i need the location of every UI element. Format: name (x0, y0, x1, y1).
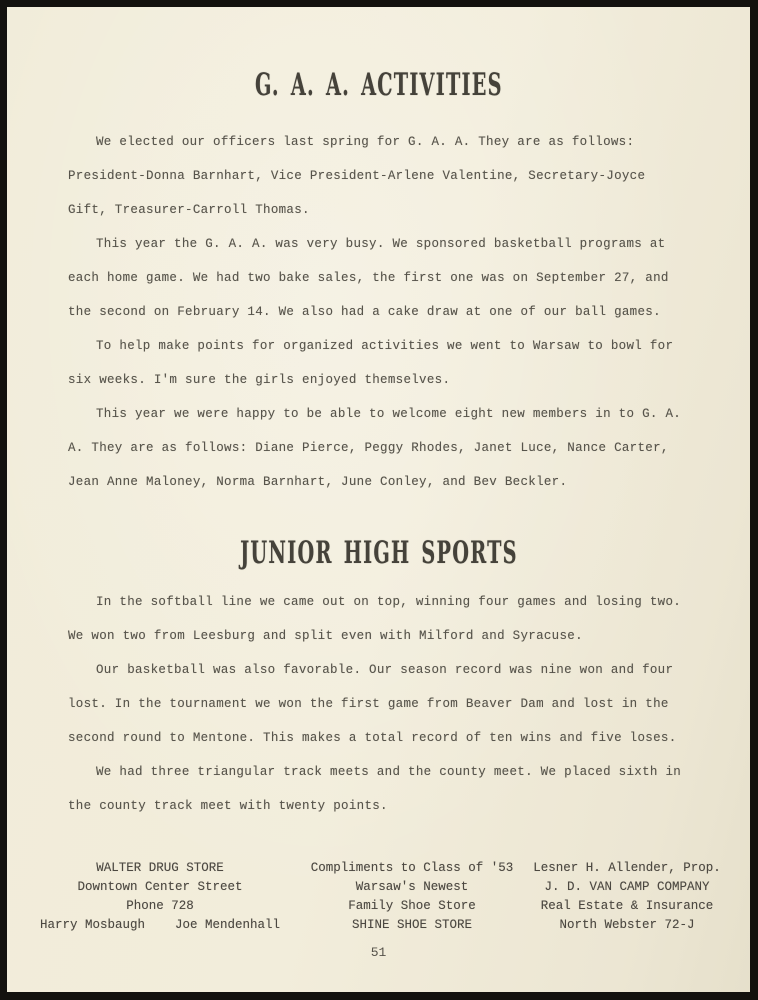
advertisement-line: Warsaw's Newest (297, 878, 527, 897)
paragraph: We elected our officers last spring for … (68, 125, 689, 227)
section: JUNIOR HIGH SPORTSIn the softball line w… (68, 535, 689, 823)
paper: G. A. A. ACTIVITIESWe elected our office… (7, 7, 750, 992)
paragraph: In the softball line we came out on top,… (68, 585, 689, 653)
advertisement-line: Harry Mosbaugh Joe Mendenhall (30, 916, 290, 935)
paragraph: This year we were happy to be able to we… (68, 397, 689, 499)
section-heading-text: G. A. A. ACTIVITIES (255, 67, 503, 103)
paragraph: Our basketball was also favorable. Our s… (68, 653, 689, 755)
advertisement: Compliments to Class of '53Warsaw's Newe… (297, 859, 527, 935)
section-heading-text: JUNIOR HIGH SPORTS (240, 535, 518, 571)
scanned-yearbook-page: G. A. A. ACTIVITIESWe elected our office… (0, 0, 758, 1000)
section-heading: G. A. A. ACTIVITIES (68, 67, 689, 103)
advertisement: WALTER DRUG STOREDowntown Center StreetP… (30, 859, 290, 935)
advertisement-line: SHINE SHOE STORE (297, 916, 527, 935)
advertisement-line: Downtown Center Street (30, 878, 290, 897)
paragraph: To help make points for organized activi… (68, 329, 689, 397)
advertisement-line: North Webster 72-J (507, 916, 747, 935)
paragraph: We had three triangular track meets and … (68, 755, 689, 823)
advertisement-line: Phone 728 (30, 897, 290, 916)
advertisement: Lesner H. Allender, Prop.J. D. VAN CAMP … (507, 859, 747, 935)
advertisement-line: J. D. VAN CAMP COMPANY (507, 878, 747, 897)
section-heading: JUNIOR HIGH SPORTS (68, 535, 689, 571)
page-content: G. A. A. ACTIVITIESWe elected our office… (7, 7, 750, 823)
paragraph: This year the G. A. A. was very busy. We… (68, 227, 689, 329)
advertisement-line: Real Estate & Insurance (507, 897, 747, 916)
section: G. A. A. ACTIVITIESWe elected our office… (68, 67, 689, 499)
advertisements-footer: WALTER DRUG STOREDowntown Center StreetP… (7, 859, 750, 939)
advertisement-line: Compliments to Class of '53 (297, 859, 527, 878)
advertisement-line: Family Shoe Store (297, 897, 527, 916)
advertisement-line: WALTER DRUG STORE (30, 859, 290, 878)
advertisement-line: Lesner H. Allender, Prop. (507, 859, 747, 878)
page-number: 51 (7, 945, 750, 960)
